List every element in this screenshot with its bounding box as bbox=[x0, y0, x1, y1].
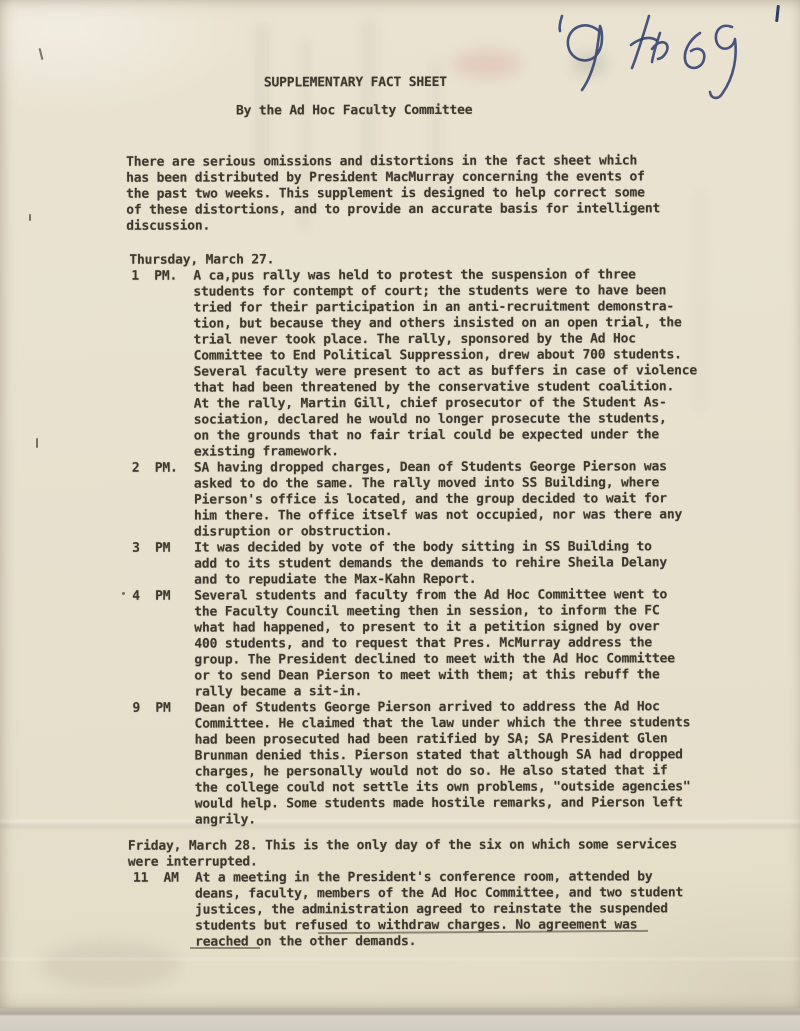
entry-text: A ca,pus rally was held to protest the s… bbox=[193, 267, 697, 460]
timeline-entry: 9 PM Dean of Students George Pierson arr… bbox=[132, 699, 727, 829]
handwritten-date bbox=[552, 0, 762, 112]
strike-through-mark bbox=[190, 947, 260, 949]
entry-text: Dean of Students George Pierson arrived … bbox=[194, 699, 690, 828]
section-heading-thursday: Thursday, March 27. bbox=[129, 251, 726, 269]
time-label: 11 AM bbox=[133, 871, 195, 951]
edge-tick-mark bbox=[29, 214, 31, 221]
timeline-entry: 1 PM. A ca,pus rally was held to protest… bbox=[131, 267, 727, 461]
handwritten-9b bbox=[710, 26, 736, 98]
timeline-entry: 3 PM It was decided by vote of the body … bbox=[132, 539, 727, 589]
entry-text: At a meeting in the President's conferen… bbox=[195, 869, 683, 950]
time-label: 3 PM bbox=[132, 541, 194, 589]
scanned-document-page: { "page": { "paper_color": "#e8e1cf", "i… bbox=[0, 0, 800, 1031]
time-label: 4 PM bbox=[132, 589, 194, 701]
timeline-entry: 11 AM At a meeting in the President's co… bbox=[133, 869, 728, 951]
time-label: 1 PM. bbox=[131, 269, 194, 461]
handwritten-6 bbox=[685, 33, 704, 68]
timeline-entry: 2 PM. SA having dropped charges, Dean of… bbox=[132, 459, 727, 541]
time-label: 2 PM. bbox=[132, 461, 194, 541]
typed-text-block: SUPPLEMENTARY FACT SHEET By the Ad Hoc F… bbox=[126, 74, 728, 951]
entry-text: SA having dropped charges, Dean of Stude… bbox=[194, 459, 682, 540]
pen-tick-mark bbox=[560, 16, 562, 31]
paper-crease bbox=[0, 958, 800, 960]
entry-text: It was decided by vote of the body sitti… bbox=[194, 539, 667, 588]
time-label: 9 PM bbox=[132, 701, 194, 829]
handwritten-9 bbox=[568, 25, 602, 90]
paper-bottom-edge bbox=[0, 991, 800, 1031]
section-heading-friday: Friday, March 28. This is the only day o… bbox=[128, 837, 728, 871]
intro-paragraph: There are serious omissions and distorti… bbox=[126, 153, 726, 235]
handwritten-ap-cross bbox=[631, 38, 656, 45]
handwritten-p-loop bbox=[652, 33, 667, 62]
entry-text: Several students and faculty from the Ad… bbox=[194, 587, 675, 700]
stray-period-mark bbox=[122, 592, 125, 595]
timeline-entry: 4 PM Several students and faculty from t… bbox=[132, 587, 727, 701]
edge-tick-mark bbox=[36, 438, 38, 448]
